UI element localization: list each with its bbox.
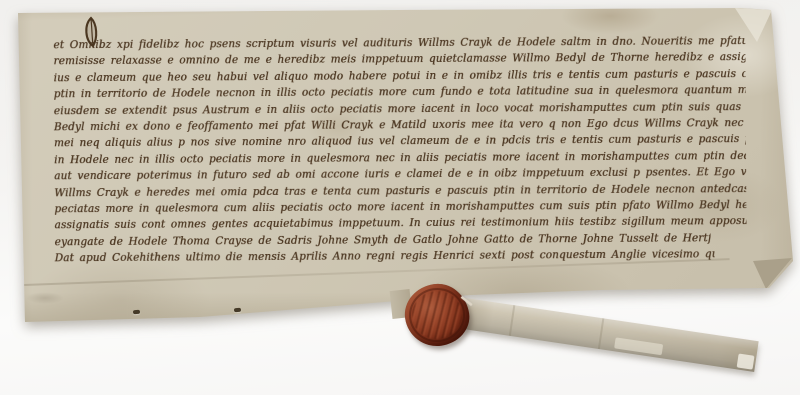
- plica-slit: [133, 310, 140, 315]
- decorated-initial: [80, 15, 106, 49]
- tag-frayed-end: [737, 353, 755, 369]
- tag-crease: [598, 318, 605, 349]
- plica-slit: [234, 308, 241, 313]
- photograph-of-charter: et Omnibz xpi fidelibz hoc psens scriptu…: [0, 0, 800, 395]
- tag-crease: [509, 305, 516, 336]
- tag-light-patch: [614, 337, 663, 355]
- faint-pencil-mark: [26, 292, 64, 304]
